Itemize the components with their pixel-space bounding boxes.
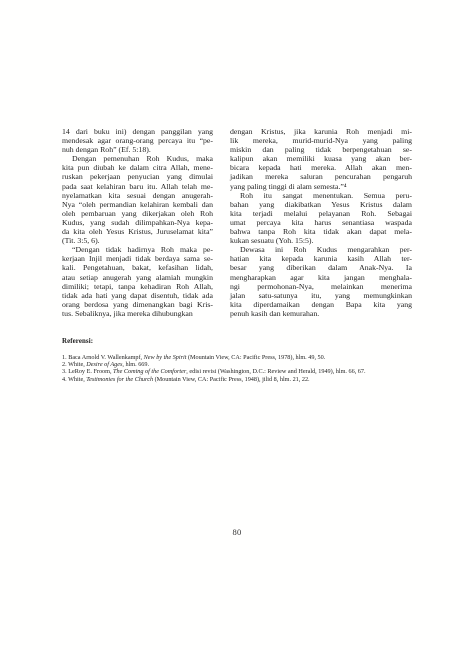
text-line: miskin dan paling tidak berpengetahuan s… — [230, 145, 412, 154]
text-line: dengan Kristus, jika karunia Roh menjadi… — [230, 127, 412, 136]
footer: 80 — [62, 522, 412, 540]
body-text: 14 dari buku ini) dengan panggilan yangm… — [62, 127, 412, 318]
text-line: kita pun diubah ke dalam citra Allah, me… — [62, 163, 213, 172]
text-line: kalipun akan memiliki kuasa yang akan be… — [230, 154, 412, 163]
text-line: kukan sesuatu (Yoh. 15:5). — [230, 236, 412, 245]
text-line: ngi permohonan-Nya, melainkan menerima — [230, 282, 412, 291]
text-line: kita diperdamaikan dengan Bapa kita yang — [230, 300, 412, 309]
text-line: atau setiap anugerah yang alamiah mungki… — [62, 273, 213, 282]
text-line: Nya “oleh permandian kelahiran kembali d… — [62, 200, 213, 209]
references-section: Referensi: 1. Baca Arnold V. Wallenkampf… — [62, 338, 420, 383]
reference-item: 2. White, Desire of Ages, hlm. 669. — [62, 361, 420, 368]
text-line: besar yang diberikan dalam Anak-Nya. Ia — [230, 263, 412, 272]
book-page: 14 dari buku ini) dengan panggilan yangm… — [0, 0, 460, 650]
text-line: kerjaan Injil menjadi tidak berdaya sama… — [62, 254, 213, 263]
text-line: pada saat kelahiran baru itu. Allah tela… — [62, 182, 213, 191]
text-line: mendesak agar orang-orang percaya itu “p… — [62, 136, 213, 145]
text-line: tus. Sebaliknya, jika mereka dihubungkan — [62, 309, 213, 318]
text-line: Dengan pemenuhan Roh Kudus, maka — [62, 154, 213, 163]
text-line: Roh itu sangat menentukan. Semua peru- — [230, 191, 412, 200]
reference-item: 3. LeRoy E. Froom, The Coming of the Com… — [62, 368, 420, 375]
text-line: nyelamatkan kita sesuai dengan anugerah- — [62, 191, 213, 200]
text-line: kita terjadi melalui pelayanan Roh. Seba… — [230, 209, 412, 218]
text-line: penuh kasih dan kemurahan. — [230, 309, 412, 318]
text-line: umat percaya kita harus senantiasa waspa… — [230, 218, 412, 227]
text-line: bahwa tanpa Roh kita tidak akan dapat me… — [230, 227, 412, 236]
text-line: jalan satu-satunya itu, yang memungkinka… — [230, 291, 412, 300]
text-line: hatian kita kepada karunia kasih Allah t… — [230, 254, 412, 263]
reference-item: 4. White, Testimonies for the Church (Mo… — [62, 376, 420, 383]
text-line: tidak ada hati yang dapat disentuh, tida… — [62, 291, 213, 300]
text-line: bicara kepada hati mereka. Allah akan me… — [230, 163, 412, 172]
text-line: da kita oleh Yesus Kristus, Juruselamat … — [62, 227, 213, 236]
text-line: Dewasa ini Roh Kudus mengarahkan per- — [230, 245, 412, 254]
text-line: yang paling tinggi di alam semesta.”⁴ — [230, 182, 412, 191]
text-line: Kudus, yang sudah dilimpahkan-Nya kepa- — [62, 218, 213, 227]
references-heading: Referensi: — [62, 338, 420, 345]
text-line: 14 dari buku ini) dengan panggilan yang — [62, 127, 213, 136]
text-line: kali. Pengetahuan, bakat, kefasihan lida… — [62, 263, 213, 272]
text-line: lik mereka, murid-murid-Nya yang paling — [230, 136, 412, 145]
text-line: ruskan pekerjaan penyucian yang dimulai — [62, 172, 213, 181]
text-line: bahan yang diakibatkan Yesus Kristus dal… — [230, 200, 412, 209]
text-line: “Dengan tidak hadirnya Roh maka pe- — [62, 245, 213, 254]
text-line: dimiliki; tetapi, tanpa kehadiran Roh Al… — [62, 282, 213, 291]
references-list: 1. Baca Arnold V. Wallenkampf, New by th… — [62, 354, 420, 383]
column-right: dengan Kristus, jika karunia Roh menjadi… — [230, 127, 412, 318]
text-line: orang berdosa yang dimenangkan bagi Kris… — [62, 300, 213, 309]
text-line: (Tit. 3:5, 6). — [62, 236, 213, 245]
two-column-layout: 14 dari buku ini) dengan panggilan yangm… — [62, 127, 412, 318]
text-line: nuh dengan Roh” (Ef. 5:18). — [62, 145, 213, 154]
reference-item: 1. Baca Arnold V. Wallenkampf, New by th… — [62, 354, 420, 361]
page-number: 80 — [232, 527, 241, 537]
text-line: oleh pembaruan yang dikerjakan oleh Roh — [62, 209, 213, 218]
column-left: 14 dari buku ini) dengan panggilan yangm… — [62, 127, 213, 318]
text-line: jadikan mereka saluran pencurahan pengar… — [230, 172, 412, 181]
text-line: mengharapkan agar kita jangan menghala- — [230, 273, 412, 282]
